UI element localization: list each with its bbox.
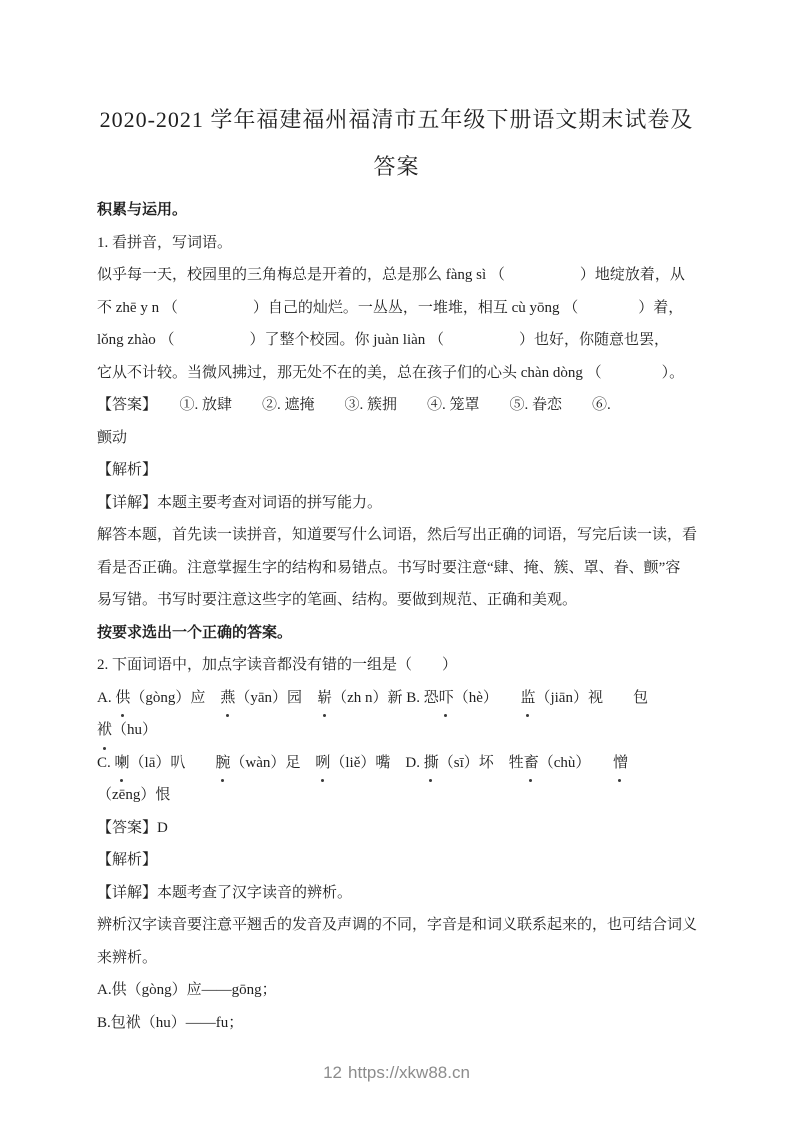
question-1-explanation-line-2: 看是否正确。注意掌握生字的结构和易错点。书写时要注意“肆、掩、簇、罩、眷、颤”容 (97, 552, 717, 585)
question-1-passage-line-2: 不 zhē y n （ ）自己的灿烂。一丛丛，一堆堆，相互 cù yōng （ … (97, 292, 717, 325)
question-1-answer-line-1: 【答案】 ①. 放肆 ②. 遮掩 ③. 簇拥 ④. 笼罩 ⑤. 眷恋 ⑥. (97, 389, 717, 422)
question-2-options-ab-line-2: 袱（hu） (97, 714, 717, 747)
question-1-answer-line-2: 颤动 (97, 422, 717, 455)
question-2-option-b-note: B.包袱（hu）——fu； (97, 1007, 717, 1040)
document-title: 2020-2021 学年福建福州福清市五年级下册语文期末试卷及 答案 (0, 96, 793, 190)
question-2-explanation-line-2: 来辨析。 (97, 942, 717, 975)
question-1-prompt: 1. 看拼音，写词语。 (97, 227, 717, 260)
question-2-prompt: 2. 下面词语中，加点字读音都没有错的一组是（ ） (97, 649, 717, 682)
question-2-options-cd-line-1: C. 喇（lā）叭 腕（wàn）足 咧（liě）嘴 D. 撕（sī）坏 牲畜（c… (97, 747, 717, 780)
document-title-line1: 2020-2021 学年福建福州福清市五年级下册语文期末试卷及 (0, 96, 793, 143)
footer-url: https://xkw88.cn (348, 1063, 470, 1082)
page-footer: 12https://xkw88.cn (0, 1063, 793, 1083)
question-1-passage-line-1: 似乎每一天，校园里的三角梅总是开着的，总是那么 fàng sì （ ）地绽放着，… (97, 259, 717, 292)
question-2-option-a-note: A.供（gòng）应——gōng； (97, 974, 717, 1007)
page-number: 12 (323, 1063, 342, 1082)
section-heading-choose-answer: 按要求选出一个正确的答案。 (97, 617, 717, 650)
question-2-explanation-line-1: 辨析汉字读音要注意平翘舌的发音及声调的不同，字音是和词义联系起来的，也可结合词义 (97, 909, 717, 942)
section-heading-accumulation: 积累与运用。 (97, 194, 717, 227)
document-title-line2: 答案 (0, 143, 793, 190)
question-1-explanation-line-3: 易写错。书写时要注意这些字的笔画、结构。要做到规范、正确和美观。 (97, 584, 717, 617)
question-1-analysis-label: 【解析】 (97, 454, 717, 487)
question-1-explanation-line-1: 解答本题，首先读一读拼音，知道要写什么词语，然后写出正确的词语，写完后读一读，看 (97, 519, 717, 552)
question-2-detail: 【详解】本题考查了汉字读音的辨析。 (97, 877, 717, 910)
document-page: 2020-2021 学年福建福州福清市五年级下册语文期末试卷及 答案 积累与运用… (0, 0, 793, 1122)
question-2-analysis-label: 【解析】 (97, 844, 717, 877)
question-2-options-ab-line-1: A. 供（gòng）应 燕（yān）园 崭（zh n）新 B. 恐吓（hè） 监… (97, 682, 717, 715)
question-1-passage-line-3: lǒng zhào （ ）了整个校园。你 juàn liàn （ ）也好，你随意… (97, 324, 717, 357)
document-body: 积累与运用。 1. 看拼音，写词语。 似乎每一天，校园里的三角梅总是开着的，总是… (97, 194, 717, 1039)
question-1-detail: 【详解】本题主要考查对词语的拼写能力。 (97, 487, 717, 520)
question-2-options-cd-line-2: （zēng）恨 (97, 779, 717, 812)
question-1-passage-line-4: 它从不计较。当微风拂过，那无处不在的美，总在孩子们的心头 chàn dòng （… (97, 357, 717, 390)
question-2-answer: 【答案】D (97, 812, 717, 845)
